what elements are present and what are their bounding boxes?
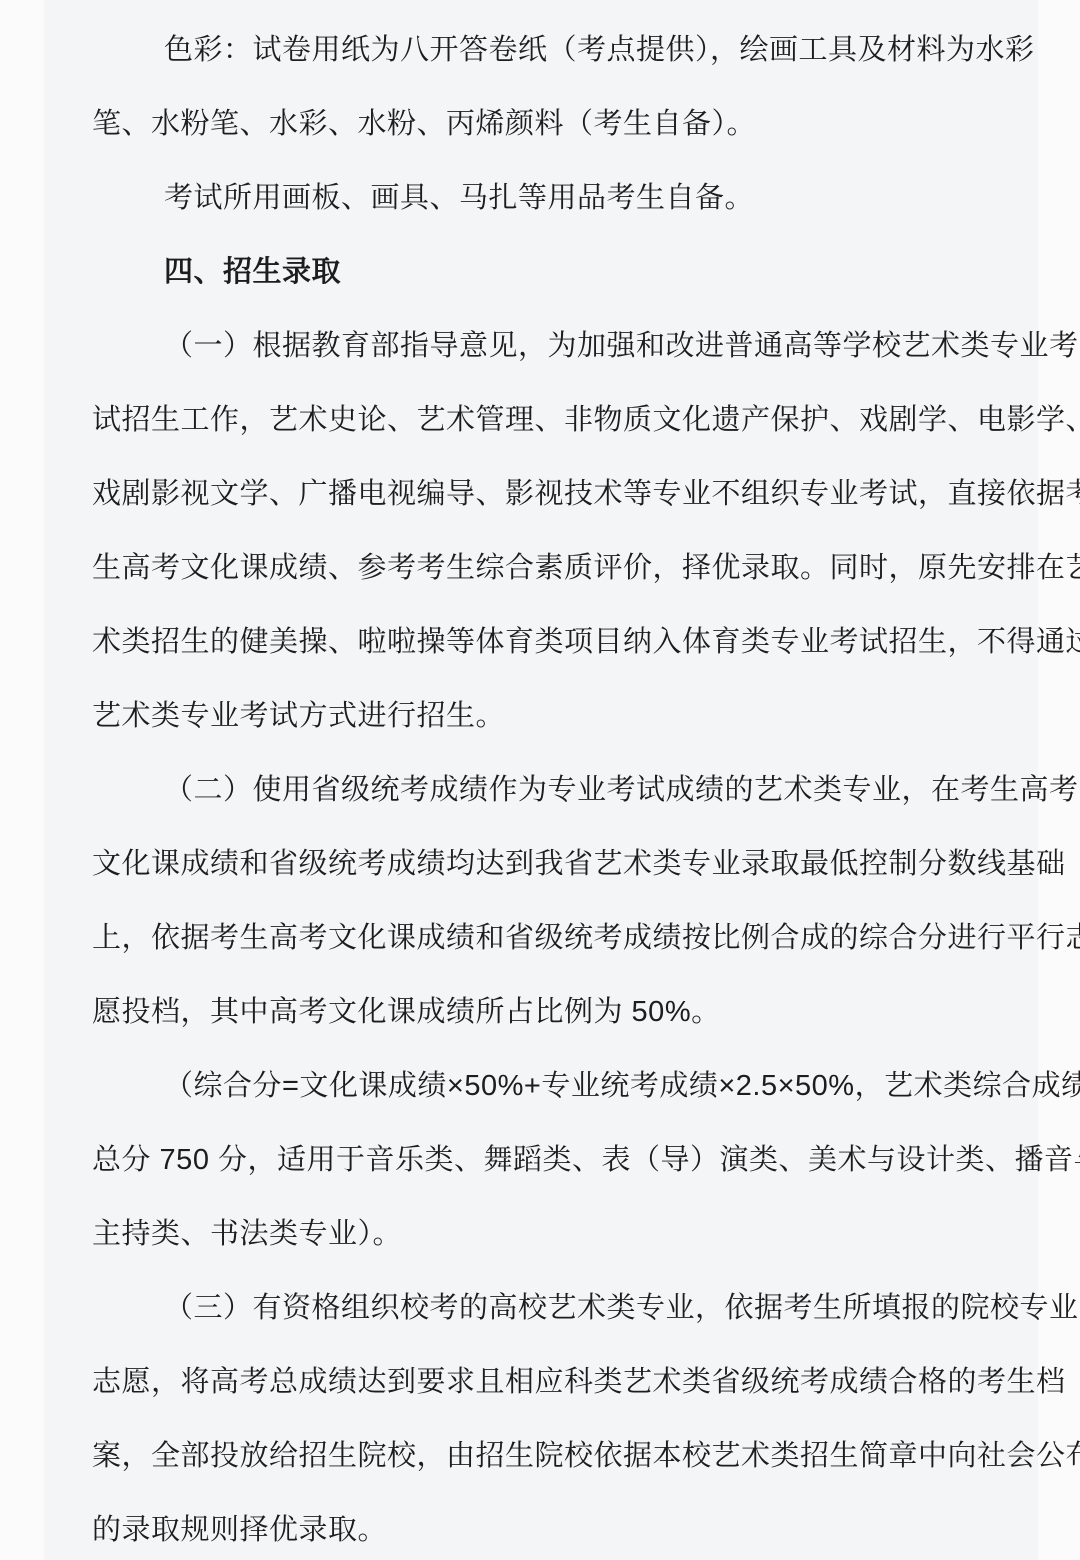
text-line: 志愿，将高考总成绩达到要求且相应科类艺术类省级统考成绩合格的考生档: [92, 1345, 1078, 1419]
text-line: （三）有资格组织校考的高校艺术类专业，依据考生所填报的院校专业: [92, 1271, 1078, 1345]
text-line: （综合分=文化课成绩×50%+专业统考成绩×2.5×50%，艺术类综合成绩: [92, 1049, 1078, 1123]
text-line: 色彩：试卷用纸为八开答卷纸（考点提供），绘画工具及材料为水彩: [92, 13, 1078, 87]
text-line: （二）使用省级统考成绩作为专业考试成绩的艺术类专业，在考生高考: [92, 753, 1078, 827]
text-line: 文化课成绩和省级统考成绩均达到我省艺术类专业录取最低控制分数线基础: [92, 827, 1078, 901]
text-line: 术类招生的健美操、啦啦操等体育类项目纳入体育类专业考试招生，不得通过: [92, 605, 1078, 679]
content-column: 色彩：试卷用纸为八开答卷纸（考点提供），绘画工具及材料为水彩笔、水粉笔、水彩、水…: [44, 0, 1038, 1560]
text-line: 戏剧影视文学、广播电视编导、影视技术等专业不组织专业考试，直接依据考: [92, 457, 1078, 531]
text-line: 的录取规则择优录取。: [92, 1493, 1078, 1560]
text-line: 试招生工作，艺术史论、艺术管理、非物质文化遗产保护、戏剧学、电影学、: [92, 383, 1078, 457]
text-line: 愿投档，其中高考文化课成绩所占比例为 50%。: [92, 975, 1078, 1049]
document-page: 色彩：试卷用纸为八开答卷纸（考点提供），绘画工具及材料为水彩笔、水粉笔、水彩、水…: [0, 0, 1080, 1560]
text-line: 主持类、书法类专业）。: [92, 1197, 1078, 1271]
text-line: 案，全部投放给招生院校，由招生院校依据本校艺术类招生简章中向社会公布: [92, 1419, 1078, 1493]
text-line: 考试所用画板、画具、马扎等用品考生自备。: [92, 161, 1078, 235]
text-line: 生高考文化课成绩、参考考生综合素质评价，择优录取。同时，原先安排在艺: [92, 531, 1078, 605]
text-line: （一）根据教育部指导意见，为加强和改进普通高等学校艺术类专业考: [92, 309, 1078, 383]
text-line: 上，依据考生高考文化课成绩和省级统考成绩按比例合成的综合分进行平行志: [92, 901, 1078, 975]
section-heading: 四、招生录取: [92, 235, 1078, 309]
text-line: 笔、水粉笔、水彩、水粉、丙烯颜料（考生自备）。: [92, 87, 1078, 161]
document-text-block: 色彩：试卷用纸为八开答卷纸（考点提供），绘画工具及材料为水彩笔、水粉笔、水彩、水…: [92, 13, 1078, 1560]
text-line: 艺术类专业考试方式进行招生。: [92, 679, 1078, 753]
text-line: 总分 750 分，适用于音乐类、舞蹈类、表（导）演类、美术与设计类、播音与: [92, 1123, 1078, 1197]
